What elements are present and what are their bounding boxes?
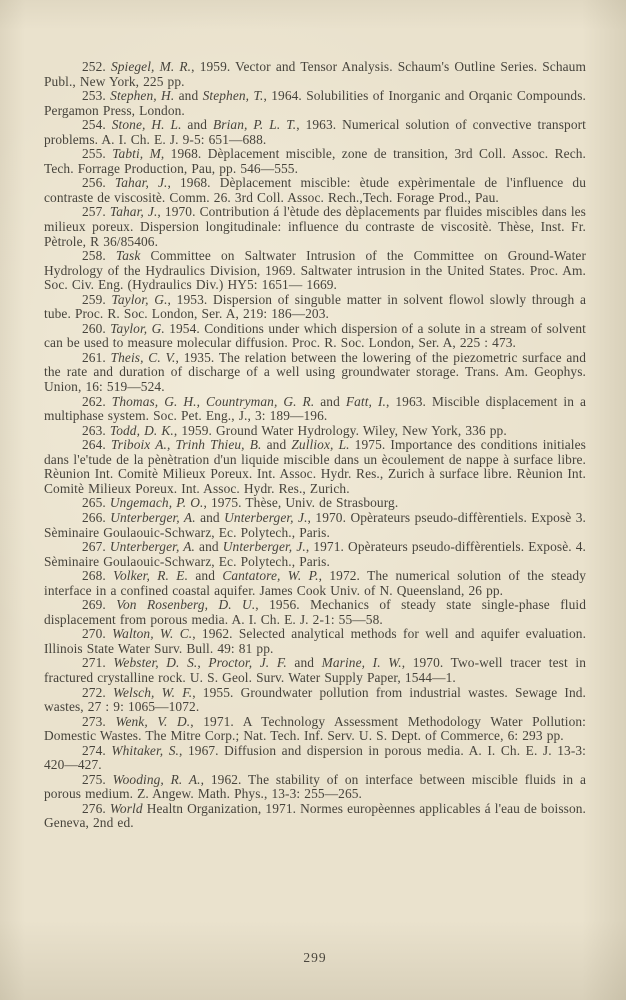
reference-entry: 271. Webster, D. S., Proctor, J. F. and … xyxy=(44,656,586,685)
reference-entry: 256. Tahar, J., 1968. Dèplacement miscib… xyxy=(44,176,586,205)
reference-entry: 273. Wenk, V. D., 1971. A Technology Ass… xyxy=(44,715,586,744)
reference-author: Unterberger, J. xyxy=(224,510,307,525)
reference-text: and xyxy=(261,437,291,452)
page-number: 299 xyxy=(44,950,586,966)
reference-number: 260. xyxy=(82,321,110,336)
reference-number: 258. xyxy=(82,248,116,263)
reference-entry: 259. Taylor, G., 1953. Dispersion of sin… xyxy=(44,293,586,322)
reference-author: Welsch, W. F. xyxy=(113,685,192,700)
reference-number: 272. xyxy=(82,685,113,700)
reference-number: 271. xyxy=(82,655,113,670)
reference-entry: 272. Welsch, W. F., 1955. Groundwater po… xyxy=(44,686,586,715)
reference-entry: 267. Unterberger, A. and Unterberger, J.… xyxy=(44,540,586,569)
reference-number: 252. xyxy=(82,59,111,74)
reference-entry: 255. Tabti, M, 1968. Dèplacement miscibl… xyxy=(44,147,586,176)
reference-entry: 257. Tahar, J., 1970. Contribution á l'è… xyxy=(44,205,586,249)
reference-entry: 261. Theis, C. V., 1935. The relation be… xyxy=(44,351,586,395)
reference-author: Proctor, J. F. xyxy=(208,655,286,670)
reference-number: 270. xyxy=(82,626,112,641)
reference-entry: 254. Stone, H. L. and Brian, P. L. T., 1… xyxy=(44,118,586,147)
reference-author: Task xyxy=(116,248,140,263)
reference-number: 269. xyxy=(82,597,116,612)
reference-author: Cantatore, W. P. xyxy=(222,568,318,583)
reference-author: Unterberger, A. xyxy=(110,539,195,554)
reference-number: 254. xyxy=(82,117,112,132)
reference-author: Marine, I. W. xyxy=(322,655,402,670)
reference-text: and xyxy=(188,568,222,583)
reference-entry: 266. Unterberger, A. and Unterberger, J.… xyxy=(44,511,586,540)
reference-text: and xyxy=(195,539,223,554)
scanned-book-page: 252. Spiegel, M. R., 1959. Vector and Te… xyxy=(0,0,626,1000)
reference-author: Todd, D. K. xyxy=(110,423,174,438)
reference-author: Volker, R. E. xyxy=(113,568,188,583)
reference-number: 273. xyxy=(82,714,115,729)
reference-author: Thomas, G. H. xyxy=(112,394,197,409)
reference-text: and xyxy=(182,117,213,132)
reference-entry: 269. Von Rosenberg, D. U., 1956. Mechani… xyxy=(44,598,586,627)
reference-entry: 264. Triboix A., Trinh Thieu, B. and Zul… xyxy=(44,438,586,496)
reference-entry: 258. Task Committee on Saltwater Intrusi… xyxy=(44,249,586,293)
reference-author: Stephen, T. xyxy=(203,88,264,103)
reference-number: 253. xyxy=(82,88,110,103)
reference-author: Spiegel, M. R. xyxy=(111,59,191,74)
reference-number: 268. xyxy=(82,568,113,583)
reference-text: , 1975. Thèse, Univ. de Strasbourg. xyxy=(203,495,398,510)
reference-text: and xyxy=(174,88,202,103)
reference-author: Zulliox, L. xyxy=(291,437,349,452)
reference-text: , xyxy=(197,394,206,409)
reference-author: Ungemach, P. O. xyxy=(110,495,204,510)
reference-author: Triboix A. xyxy=(111,437,167,452)
reference-author: Wenk, V. D. xyxy=(115,714,190,729)
reference-author: Tahar, J. xyxy=(110,204,158,219)
reference-number: 262. xyxy=(82,394,112,409)
reference-number: 259. xyxy=(82,292,112,307)
reference-number: 275. xyxy=(82,772,113,787)
reference-text: and xyxy=(287,655,322,670)
reference-number: 265. xyxy=(82,495,110,510)
reference-text: , xyxy=(197,655,208,670)
reference-entry: 252. Spiegel, M. R., 1959. Vector and Te… xyxy=(44,60,586,89)
reference-number: 263. xyxy=(82,423,110,438)
reference-author: Wooding, R. A. xyxy=(113,772,201,787)
reference-text: , xyxy=(167,437,176,452)
reference-text: , 1959. Ground Water Hydrology. Wiley, N… xyxy=(174,423,507,438)
reference-author: Tahar, J. xyxy=(115,175,168,190)
reference-entry: 262. Thomas, G. H., Countryman, G. R. an… xyxy=(44,395,586,424)
reference-list: 252. Spiegel, M. R., 1959. Vector and Te… xyxy=(44,60,586,831)
reference-entry: 260. Taylor, G. 1954. Conditions under w… xyxy=(44,322,586,351)
reference-author: Von Rosenberg, D. U. xyxy=(116,597,255,612)
reference-text: and xyxy=(314,394,346,409)
reference-author: Taylor, G. xyxy=(110,321,165,336)
reference-entry: 274. Whitaker, S., 1967. Diffusion and d… xyxy=(44,744,586,773)
reference-author: Theis, C. V. xyxy=(111,350,176,365)
reference-author: Unterberger, J. xyxy=(223,539,306,554)
reference-author: Taylor, G. xyxy=(112,292,168,307)
reference-entry: 263. Todd, D. K., 1959. Ground Water Hyd… xyxy=(44,424,586,439)
reference-entry: 275. Wooding, R. A., 1962. The stability… xyxy=(44,773,586,802)
reference-entry: 276. World Healtn Organization, 1971. No… xyxy=(44,802,586,831)
reference-author: Trinh Thieu, B. xyxy=(176,437,262,452)
reference-number: 264. xyxy=(82,437,111,452)
reference-author: Stephen, H. xyxy=(110,88,174,103)
reference-entry: 270. Walton, W. C., 1962. Selected analy… xyxy=(44,627,586,656)
reference-number: 256. xyxy=(82,175,115,190)
reference-number: 261. xyxy=(82,350,111,365)
reference-number: 266. xyxy=(82,510,110,525)
reference-number: 276. xyxy=(82,801,110,816)
reference-author: Walton, W. C. xyxy=(112,626,192,641)
reference-author: Countryman, G. R. xyxy=(206,394,314,409)
reference-number: 274. xyxy=(82,743,111,758)
reference-entry: 253. Stephen, H. and Stephen, T., 1964. … xyxy=(44,89,586,118)
reference-author: Tabti, M xyxy=(112,146,161,161)
reference-author: Whitaker, S. xyxy=(111,743,179,758)
reference-author: Webster, D. S. xyxy=(113,655,197,670)
reference-entry: 265. Ungemach, P. O., 1975. Thèse, Univ.… xyxy=(44,496,586,511)
reference-number: 255. xyxy=(82,146,112,161)
reference-author: Stone, H. L. xyxy=(112,117,182,132)
reference-number: 267. xyxy=(82,539,110,554)
reference-text: and xyxy=(196,510,224,525)
reference-author: Unterberger, A. xyxy=(110,510,195,525)
reference-author: Fatt, I. xyxy=(346,394,386,409)
reference-entry: 268. Volker, R. E. and Cantatore, W. P.,… xyxy=(44,569,586,598)
reference-number: 257. xyxy=(82,204,110,219)
reference-author: World xyxy=(110,801,143,816)
reference-author: Brian, P. L. T. xyxy=(213,117,296,132)
